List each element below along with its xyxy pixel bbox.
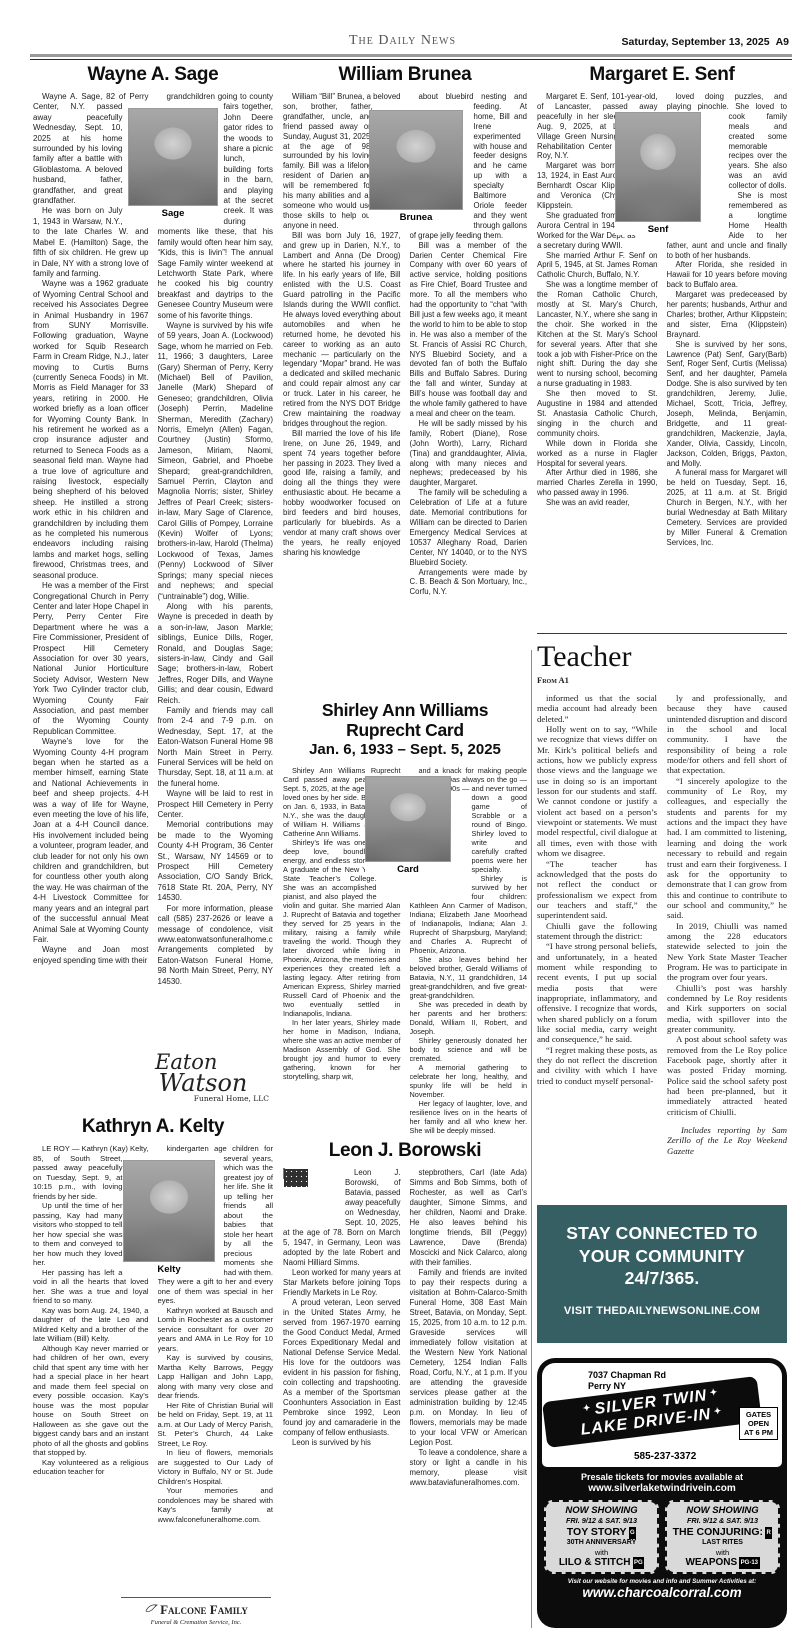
gates-open-box: GATES OPEN AT 6 PM	[739, 1407, 778, 1440]
movie-rating-badge: R	[765, 1527, 772, 1539]
address-line2: Perry NY	[588, 1381, 626, 1391]
obituary-title: Kathryn A. Kelty	[33, 1116, 273, 1137]
dateline: Saturday, September 13, 2025A9	[622, 36, 789, 48]
article-credit: Includes reporting by Sam Zerillo of the…	[667, 1125, 787, 1156]
now-showing-label: NOW SHOWING	[547, 1505, 656, 1516]
with-label: with	[668, 1548, 777, 1557]
article-text: ly and professionally, and because they …	[667, 693, 787, 1117]
photo-caption: Brunea	[369, 210, 463, 223]
article-title: Teacher	[537, 642, 787, 672]
teacher-section-rule	[537, 633, 787, 634]
photo-caption: Kelty	[123, 1262, 215, 1275]
drive-in-footer-note: Visit our website for movies and info an…	[537, 1578, 787, 1585]
article-column-2: ly and professionally, and because they …	[667, 693, 787, 1156]
presale-text: Presale tickets for movies available at …	[537, 1472, 787, 1495]
star-icon: ✦	[710, 1405, 726, 1417]
movie-rating-badge: G	[629, 1527, 637, 1539]
obituary-kathryn-kelty: Kathryn A. Kelty Kelty LE ROY — Kathryn …	[33, 1116, 273, 1630]
logo-name: Falcone Family	[160, 1603, 248, 1617]
portrait-image	[365, 776, 451, 862]
article-column-1: informed us that the social media accoun…	[537, 693, 657, 1156]
with-label: with	[547, 1548, 656, 1557]
article-kicker: From A1	[537, 675, 787, 685]
teacher-article: Teacher From A1 informed us that the soc…	[537, 642, 787, 1194]
presale-line1: Presale tickets for movies available at	[537, 1472, 787, 1483]
movie-rating-badge: PG	[633, 1557, 645, 1569]
portrait-photo-senf: Senf	[615, 112, 701, 235]
obituary-leon-borowski: Leon J. Borowski Leon J. Borowski, of Ba…	[283, 1140, 527, 1630]
drive-in-phone: 585-237-3372	[634, 1451, 696, 1462]
portrait-image	[615, 112, 701, 222]
portrait-image	[369, 110, 463, 210]
gates-line3: AT 6 PM	[744, 1428, 773, 1437]
logo-tagline: Funeral & Cremation Service, Inc.	[121, 1619, 271, 1626]
obituary-wayne-sage: Wayne A. Sage Sage Wayne A. Sage, 82 of …	[33, 64, 273, 1106]
portrait-photo-brunea: Brunea	[369, 110, 463, 223]
logo-tagline: Funeral Home, LLC	[137, 1094, 269, 1104]
ad-headline-line3: 24/7/365.	[537, 1267, 787, 1290]
portrait-photo-kelty: Kelty	[123, 1160, 215, 1275]
show-dates: FRI. 9/12 & SAT. 9/13	[668, 1516, 777, 1525]
article-text: informed us that the social media accoun…	[537, 693, 657, 1086]
page-number: A9	[776, 36, 789, 48]
movie-title: TOY STORY	[567, 1526, 627, 1538]
newspaper-page: The Daily News Saturday, September 13, 2…	[0, 0, 805, 1632]
obit-text: grandchildren going to county fairs toge…	[158, 92, 274, 987]
now-showing-box-right: NOW SHOWING FRI. 9/12 & SAT. 9/13 THE CO…	[665, 1500, 780, 1574]
photo-caption: Senf	[615, 222, 701, 235]
drive-in-ad-top: 7037 Chapman Rd Perry NY ✦SILVER TWIN✦ L…	[542, 1363, 782, 1467]
photo-caption: Sage	[128, 206, 218, 219]
portrait-image	[123, 1160, 215, 1262]
star-icon: ✦	[706, 1386, 722, 1398]
now-showing-label: NOW SHOWING	[668, 1505, 777, 1516]
movie-title: THE CONJURING:	[673, 1526, 763, 1538]
stay-connected-ad: STAY CONNECTED TO YOUR COMMUNITY 24/7/36…	[537, 1205, 787, 1343]
obit-text: stepbrothers, Carl (late Ada) Simms and …	[410, 1168, 528, 1488]
movie-title: WEAPONS	[685, 1557, 737, 1568]
gates-line1: GATES	[746, 1410, 771, 1419]
obituary-william-brunea: William Brunea Brunea William “Bill” Bru…	[283, 64, 527, 696]
obituary-margaret-senf: Margaret E. Senf Senf Margaret E. Senf, …	[537, 64, 787, 628]
obituary-title: Leon J. Borowski	[283, 1140, 527, 1161]
obituary-title: Margaret E. Senf	[537, 64, 787, 85]
ad-headline-line2: YOUR COMMUNITY	[537, 1245, 787, 1268]
ad-visit-url: VISIT THEDAILYNEWSONLINE.COM	[537, 1305, 787, 1317]
obituary-shirley-card: Shirley Ann Williams Ruprecht Card Jan. …	[283, 700, 527, 1144]
movie-rating-badge: PG-13	[739, 1557, 759, 1569]
obituary-title: Wayne A. Sage	[33, 64, 273, 85]
header-rule-thick	[30, 54, 792, 57]
eaton-watson-funeral-home-logo: Eaton Watson Funeral Home, LLC	[137, 1052, 269, 1104]
obit-text: Wayne A. Sage, 82 of Perry Center, N.Y. …	[33, 92, 149, 966]
movie-subtitle: 30TH ANNIVERSARY	[547, 1539, 656, 1548]
header-rule-thin	[30, 59, 792, 60]
date-text: Saturday, September 13, 2025	[622, 36, 770, 48]
obituary-title: Shirley Ann Williams Ruprecht Card	[283, 700, 527, 740]
address-line1: 7037 Chapman Rd	[588, 1370, 666, 1380]
portrait-photo-card: Card	[365, 776, 451, 875]
falcone-family-funeral-home-logo: Falcone Family Funeral & Cremation Servi…	[121, 1597, 271, 1626]
obit-column-1: Wayne A. Sage, 82 of Perry Center, N.Y. …	[33, 92, 149, 1100]
drive-in-ad: 7037 Chapman Rd Perry NY ✦SILVER TWIN✦ L…	[537, 1358, 787, 1628]
portrait-photo-sage: Sage	[128, 108, 218, 219]
obit-column-2: stepbrothers, Carl (late Ada) Simms and …	[410, 1168, 528, 1626]
obituary-title: William Brunea	[283, 64, 527, 85]
logo-script-line2: Watson	[137, 1072, 269, 1094]
show-dates: FRI. 9/12 & SAT. 9/13	[547, 1516, 656, 1525]
ad-headline-line1: STAY CONNECTED TO	[537, 1222, 787, 1245]
obit-column-2: grandchildren going to county fairs toge…	[158, 92, 274, 1100]
presale-url: www.silverlaketwindrivein.com	[537, 1483, 787, 1495]
american-flag-icon	[283, 1169, 341, 1219]
movie-subtitle: LAST RITES	[668, 1539, 777, 1548]
column-divider	[531, 650, 532, 1628]
movie-title: LILO & STITCH	[559, 1557, 631, 1568]
photo-caption: Card	[365, 862, 451, 875]
gates-line2: OPEN	[748, 1419, 769, 1428]
now-showing-box-left: NOW SHOWING FRI. 9/12 & SAT. 9/13 TOY ST…	[544, 1500, 659, 1574]
dove-icon	[144, 1601, 158, 1619]
portrait-image	[128, 108, 218, 206]
drive-in-footer-url: www.charcoalcorral.com	[537, 1585, 787, 1601]
obituary-dates: Jan. 6, 1933 – Sept. 5, 2025	[283, 740, 527, 759]
obit-column-1: Leon J. Borowski, of Batavia, passed awa…	[283, 1168, 401, 1626]
